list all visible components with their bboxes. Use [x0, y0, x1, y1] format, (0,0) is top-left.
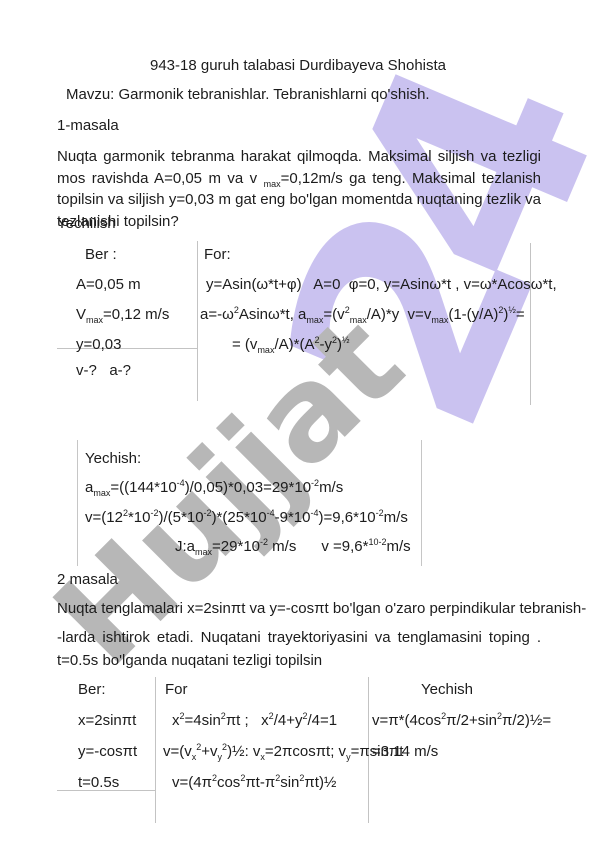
formula2-row1: x2=4sin2πt ; x2/4+y2/4=1: [172, 712, 337, 729]
formula1-row3: = (vmax/A)*(A2-y2)½: [232, 336, 350, 353]
given2-row-y: y=-cosπt: [78, 743, 137, 760]
solution2-header: Yechish: [421, 681, 473, 698]
table1-right-border: [530, 243, 531, 405]
solution1-row2: v=(122*10-2)/(5*10-2)*(25*10-4-9*10-4)=9…: [85, 509, 408, 526]
given2-row-x: x=2sinπt: [78, 712, 136, 729]
given2-header: Ber:: [78, 681, 106, 698]
solution2-answer: =3.14 m/s: [372, 743, 438, 760]
document-title: 943-18 guruh talabasi Durdibayeva Shohis…: [0, 57, 596, 74]
problem1-solution-label: Yechilish: [57, 215, 116, 232]
table1-column-divider: [197, 241, 198, 401]
solution1-answer: J:amax=29*10-2 m/s v =9,6*10-2m/s: [175, 538, 411, 555]
topic-line: Mavzu: Garmonik tebranishlar. Tebranishl…: [66, 86, 430, 103]
solution1-row1: amax=((144*10-4)/0,05)*0,03=29*10-2m/s: [85, 479, 343, 496]
given1-row-amplitude: A=0,05 m: [76, 276, 141, 293]
given2-row-t: t=0.5s: [78, 774, 119, 791]
formula1-row1: y=Asin(ω*t+φ) A=0 φ=0, y=Asinω*t , v=ω*A…: [206, 276, 557, 293]
problem2-statement-line1: Nuqta tenglamalari x=2sinπt va y=-cosπt …: [57, 600, 586, 617]
solution1-header: Yechish:: [85, 450, 141, 467]
given1-row-vmax: Vmax=0,12 m/s: [76, 306, 169, 323]
given1-question: v-? a-?: [76, 362, 131, 379]
content-layer: 943-18 guruh talabasi Durdibayeva Shohis…: [0, 0, 596, 842]
formulas1-header: For:: [204, 246, 231, 263]
table2-divider-1: [155, 677, 156, 823]
solution2-row1: v=π*(4cos2π/2+sin2π/2)½=: [372, 712, 551, 729]
document-page: 24 Hujjat 943-18 guruh talabasi Durdibay…: [0, 0, 596, 842]
problem2-heading: 2 masala: [57, 571, 118, 588]
formula1-row2: a=-ω2Asinω*t, amax=(v2max/A)*y v=vmax(1-…: [200, 306, 525, 323]
problem1-statement: Nuqta garmonik tebranma harakat qilmoqda…: [57, 146, 541, 232]
given1-header: Ber :: [85, 246, 117, 263]
problem2-statement-rest: -larda ishtirok etadi. Nuqatani trayekto…: [57, 627, 541, 672]
formulas2-header: For: [165, 681, 188, 698]
formula2-row2: v=(vx2+vy2)½: vx=2πcosπt; vy=πsinπt: [163, 743, 403, 760]
formula2-row3: v=(4π2cos2πt-π2sin2πt)½: [172, 774, 336, 791]
given1-row-y: y=0,03: [76, 336, 121, 353]
problem1-heading: 1-masala: [57, 117, 119, 134]
